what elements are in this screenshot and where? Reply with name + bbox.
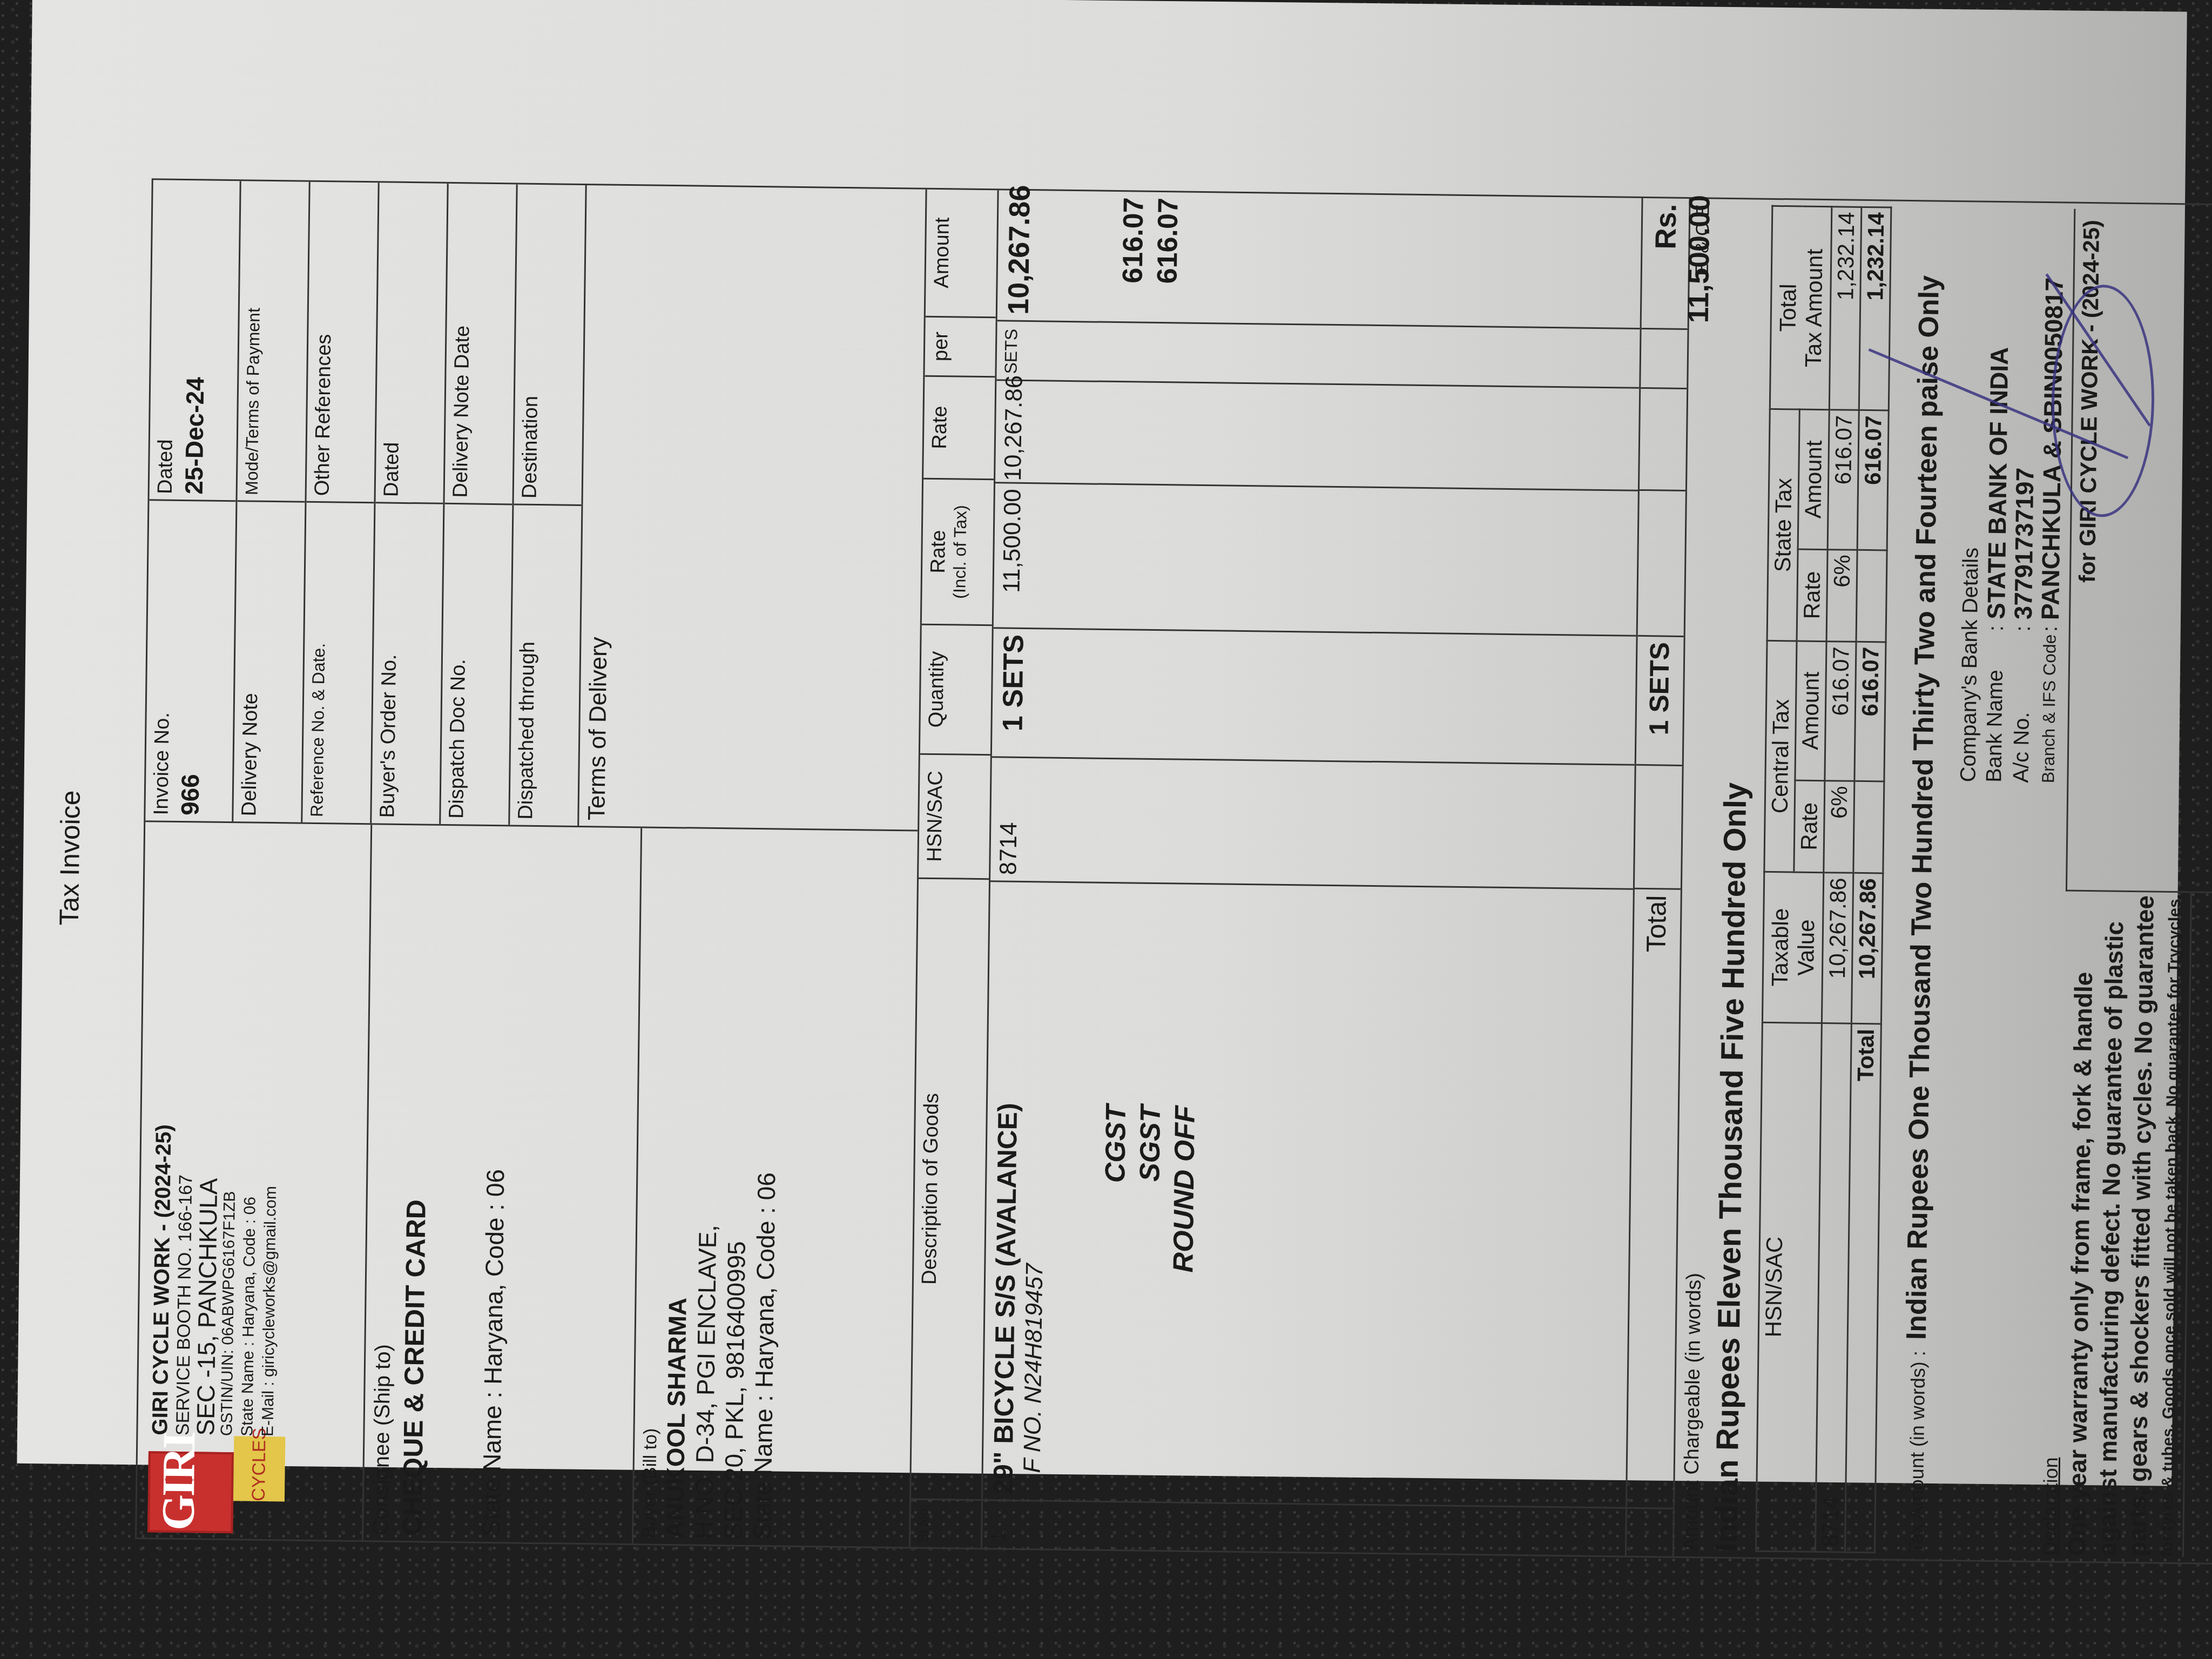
eoe-note: E. & O.E xyxy=(1692,204,1714,276)
meta-dispatch-doc-no: Dispatch Doc No. xyxy=(441,503,512,825)
meta-dispatched-through: Dispatched through xyxy=(510,504,581,826)
sgst-label: SGST xyxy=(1129,1105,1168,1496)
tax-words-label: Tax Amount (in words) : xyxy=(1897,1351,1933,1554)
hsn-total-c-amount: 616.07 xyxy=(1854,642,1886,781)
total-blank-rinc xyxy=(1638,489,1685,635)
declaration-block: Declaration One year warranty only from … xyxy=(1947,890,2212,1559)
amount-words-block: Amount Chargeable (in words) E. & O.E In… xyxy=(1674,199,2212,1564)
item-per: SETS xyxy=(996,320,1640,387)
total-quantity: 1 SETS xyxy=(1636,635,1684,764)
hsn-col-total: TotalTax Amount xyxy=(1770,206,1832,410)
hsn-col-state: State Tax xyxy=(1767,409,1799,641)
invoice-frame: GIRI CYCLES GIRI CYCLE WORK - (2024-25) … xyxy=(135,178,2212,1566)
hsn-total-blank-s xyxy=(1856,550,1887,642)
col-hsn: HSN/SAC xyxy=(919,753,990,879)
tax-words-block: Tax Amount (in words) : Indian Rupees On… xyxy=(1897,207,1947,1554)
col-rate-incl: Rate(Incl. of Tax) xyxy=(922,478,994,625)
hsn-total-s-amount: 616.07 xyxy=(1857,410,1889,550)
hsn-c-amount: 616.07 xyxy=(1825,641,1856,781)
consignee-label: Consignee (Ship to) xyxy=(369,830,402,1535)
total-blank-per xyxy=(1641,328,1687,388)
footer-section: Declaration One year warranty only from … xyxy=(1947,207,2212,1559)
hsn-total-tax-amount: 1,232.14 xyxy=(1859,207,1891,410)
tax-words-value: Indian Rupees One Thousand Two Hundred T… xyxy=(1900,275,1946,1340)
item-hsn: 8714 xyxy=(990,757,1635,888)
party-details: GIRI CYCLES GIRI CYCLE WORK - (2024-25) … xyxy=(137,820,918,1547)
tax-invoice: Tax Invoice GIRI CYCLES GIRI CYCLE WORK … xyxy=(135,178,1826,1560)
meta-dated: Dated25-Dec-24 xyxy=(150,180,240,500)
consignee-state: State Name : Haryana, Code : 06 xyxy=(476,832,514,1537)
meta-other-references: Other References xyxy=(307,182,378,502)
hsn-total-blank-c xyxy=(1853,781,1884,873)
total-amount: Rs. 11,500.00 xyxy=(1642,198,1689,328)
meta-terms-of-delivery: Terms of Delivery xyxy=(579,185,925,829)
meta-order-dated: Dated xyxy=(375,183,447,503)
invoice-meta: Invoice No.966 Dated25-Dec-24 Delivery N… xyxy=(145,180,925,829)
logo-cycles: CYCLES xyxy=(233,1436,285,1501)
item-amount-cell: 10,267.86 616.07 616.07 xyxy=(997,190,1642,328)
meta-row: Buyer's Order No. Dated xyxy=(372,183,448,824)
tax-line-labels: CGST SGST ROUND OFF xyxy=(1094,888,1205,1496)
col-sl: Sl No. xyxy=(911,1499,981,1548)
col-description: Description of Goods xyxy=(911,878,989,1500)
declaration-text: One year warranty only from frame, fork … xyxy=(2061,892,2192,1557)
col-rate: Rate xyxy=(923,375,995,479)
col-quantity: Quantity xyxy=(920,624,992,754)
company-logo: GIRI CYCLES xyxy=(147,1451,363,1535)
hsn-s-rate: 6% xyxy=(1826,549,1857,642)
buyer-block: Buyer (Bill to) ANUKOOL SHARMA H NO. D-3… xyxy=(633,828,918,1547)
seller-details: GIRI CYCLE WORK - (2024-25) SERVICE BOOT… xyxy=(149,1124,367,1438)
round-off-label: ROUND OFF xyxy=(1163,1105,1203,1496)
hsn-col-c-rate: Rate xyxy=(1794,780,1825,873)
meta-terms-of-payment: Mode/Terms of Payment xyxy=(238,181,309,501)
total-blank-rate xyxy=(1640,387,1687,490)
seller-address-2: SEC -15, PANCHKULA xyxy=(194,1125,220,1436)
table-row: 1 29" BICYCLE S/S (AVALANCE) F NO. N24H8… xyxy=(982,190,1643,1555)
bank-name: STATE BANK OF INDIA xyxy=(1982,347,2013,619)
cgst-amount: 616.07 xyxy=(1115,197,1151,316)
meta-row: Dispatched through Destination xyxy=(510,184,586,825)
seller-email: E-Mail : giricycleworks@gmail.com xyxy=(258,1125,282,1437)
item-sl: 1 xyxy=(982,1499,1626,1555)
logo-giri: GIRI xyxy=(147,1451,234,1533)
hsn-summary-table: HSN/SAC TaxableValue Central Tax State T… xyxy=(1755,205,1892,1554)
seller-block: GIRI CYCLES GIRI CYCLE WORK - (2024-25) … xyxy=(137,822,372,1540)
account-no: 37791737197 xyxy=(2009,468,2038,620)
total-blank-sl xyxy=(1627,1507,1673,1556)
cgst-label: CGST xyxy=(1094,1104,1134,1495)
hsn-total-tax: 1,232.14 xyxy=(1829,207,1862,410)
hsn-s-amount: 616.07 xyxy=(1827,410,1859,550)
hsn-total-label: Total xyxy=(1845,1023,1881,1553)
total-blank-hsn xyxy=(1635,764,1682,888)
meta-delivery-note: Delivery Note xyxy=(233,501,305,822)
bank-details: Company's Bank Details Bank Name: STATE … xyxy=(1955,207,2212,894)
hsn-taxable: 10,267.86 xyxy=(1822,873,1853,1024)
meta-reference-no: Reference No. & Date. xyxy=(302,501,374,823)
meta-row: Reference No. & Date. Other References xyxy=(302,182,379,823)
hsn-c-rate: 6% xyxy=(1824,781,1854,873)
sgst-amount: 616.07 xyxy=(1150,198,1186,317)
invoice-header: GIRI CYCLES GIRI CYCLE WORK - (2024-25) … xyxy=(137,180,927,1547)
hsn-col-s-amount: Amount xyxy=(1798,409,1829,549)
meta-row: Invoice No.966 Dated25-Dec-24 xyxy=(145,180,241,821)
consignee-name: CHEQUE & CREDIT CARD xyxy=(396,831,436,1536)
col-amount: Amount xyxy=(926,190,997,317)
item-rate-incl: 11,500.00 xyxy=(994,482,1638,635)
hsn-total-taxable: 10,267.86 xyxy=(1851,873,1883,1024)
col-per: per xyxy=(925,316,995,376)
item-amount: 10,267.86 xyxy=(1002,195,1037,315)
hsn-col-c-amount: Amount xyxy=(1795,641,1826,781)
meta-row: Dispatch Doc No. Delivery Note Date xyxy=(441,184,517,825)
item-description-cell: 29" BICYCLE S/S (AVALANCE) F NO. N24H819… xyxy=(983,880,1633,1507)
tax-line-amounts: 616.07 616.07 xyxy=(1115,197,1186,317)
total-label: Total xyxy=(1627,888,1681,1508)
branch-row: Branch & IFS Code: PANCHKULA & SBIN00508… xyxy=(2034,208,2068,784)
meta-delivery-note-date: Delivery Note Date xyxy=(444,184,516,504)
meta-destination: Destination xyxy=(514,184,585,504)
consignee-block: Consignee (Ship to) CHEQUE & CREDIT CARD… xyxy=(363,825,642,1543)
hsn-col-hsn: HSN/SAC xyxy=(1756,1022,1822,1552)
hsn-col-taxable: TaxableValue xyxy=(1762,872,1823,1023)
meta-buyers-order-no: Buyer's Order No. xyxy=(372,502,443,824)
meta-row: Delivery Note Mode/Terms of Payment xyxy=(233,181,310,822)
item-rate: 10,267.86 xyxy=(995,379,1639,490)
hsn-col-central: Central Tax xyxy=(1764,640,1797,872)
hsn-col-s-rate: Rate xyxy=(1797,549,1827,642)
meta-invoice-no: Invoice No.966 xyxy=(145,500,235,821)
seller-name: GIRI CYCLE WORK - (2024-25) xyxy=(149,1124,175,1435)
signature-box: for GIRI CYCLE WORK - (2024-25) Authoris… xyxy=(2066,209,2212,894)
item-quantity: 1 SETS xyxy=(992,627,1636,764)
